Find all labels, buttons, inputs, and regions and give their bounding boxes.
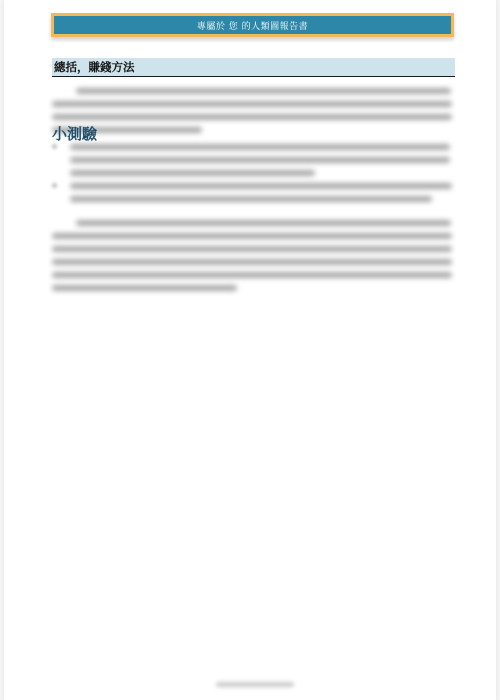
blurred-text-line [52, 114, 452, 120]
blurred-text-line [52, 272, 452, 278]
section-heading-money-methods: 總括，賺錢方法 [52, 58, 455, 77]
blurred-text-line [52, 101, 452, 107]
quiz-heading: 小測驗 [52, 123, 97, 144]
blurred-text-line [76, 88, 451, 94]
report-title-banner: 專屬於 您 的人類圖報告書 [51, 13, 454, 37]
blurred-text-line [52, 259, 452, 265]
list-marker [52, 144, 57, 149]
blurred-text-line [70, 196, 432, 202]
blurred-text-line [70, 157, 450, 163]
section-heading-text: 總括，賺錢方法 [54, 59, 135, 75]
document-page: 專屬於 您 的人類圖報告書 總括，賺錢方法 小測驗 [4, 0, 496, 700]
report-title: 專屬於 您 的人類圖報告書 [197, 19, 308, 32]
blurred-text-line [52, 285, 237, 291]
blurred-text-line [70, 170, 315, 176]
page-footer [216, 682, 294, 687]
blurred-text-line [70, 183, 452, 189]
blurred-text-line [76, 220, 451, 226]
list-marker [52, 183, 57, 188]
blurred-text-line [70, 144, 450, 150]
blurred-text-line [52, 246, 452, 252]
blurred-text-line [52, 233, 452, 239]
